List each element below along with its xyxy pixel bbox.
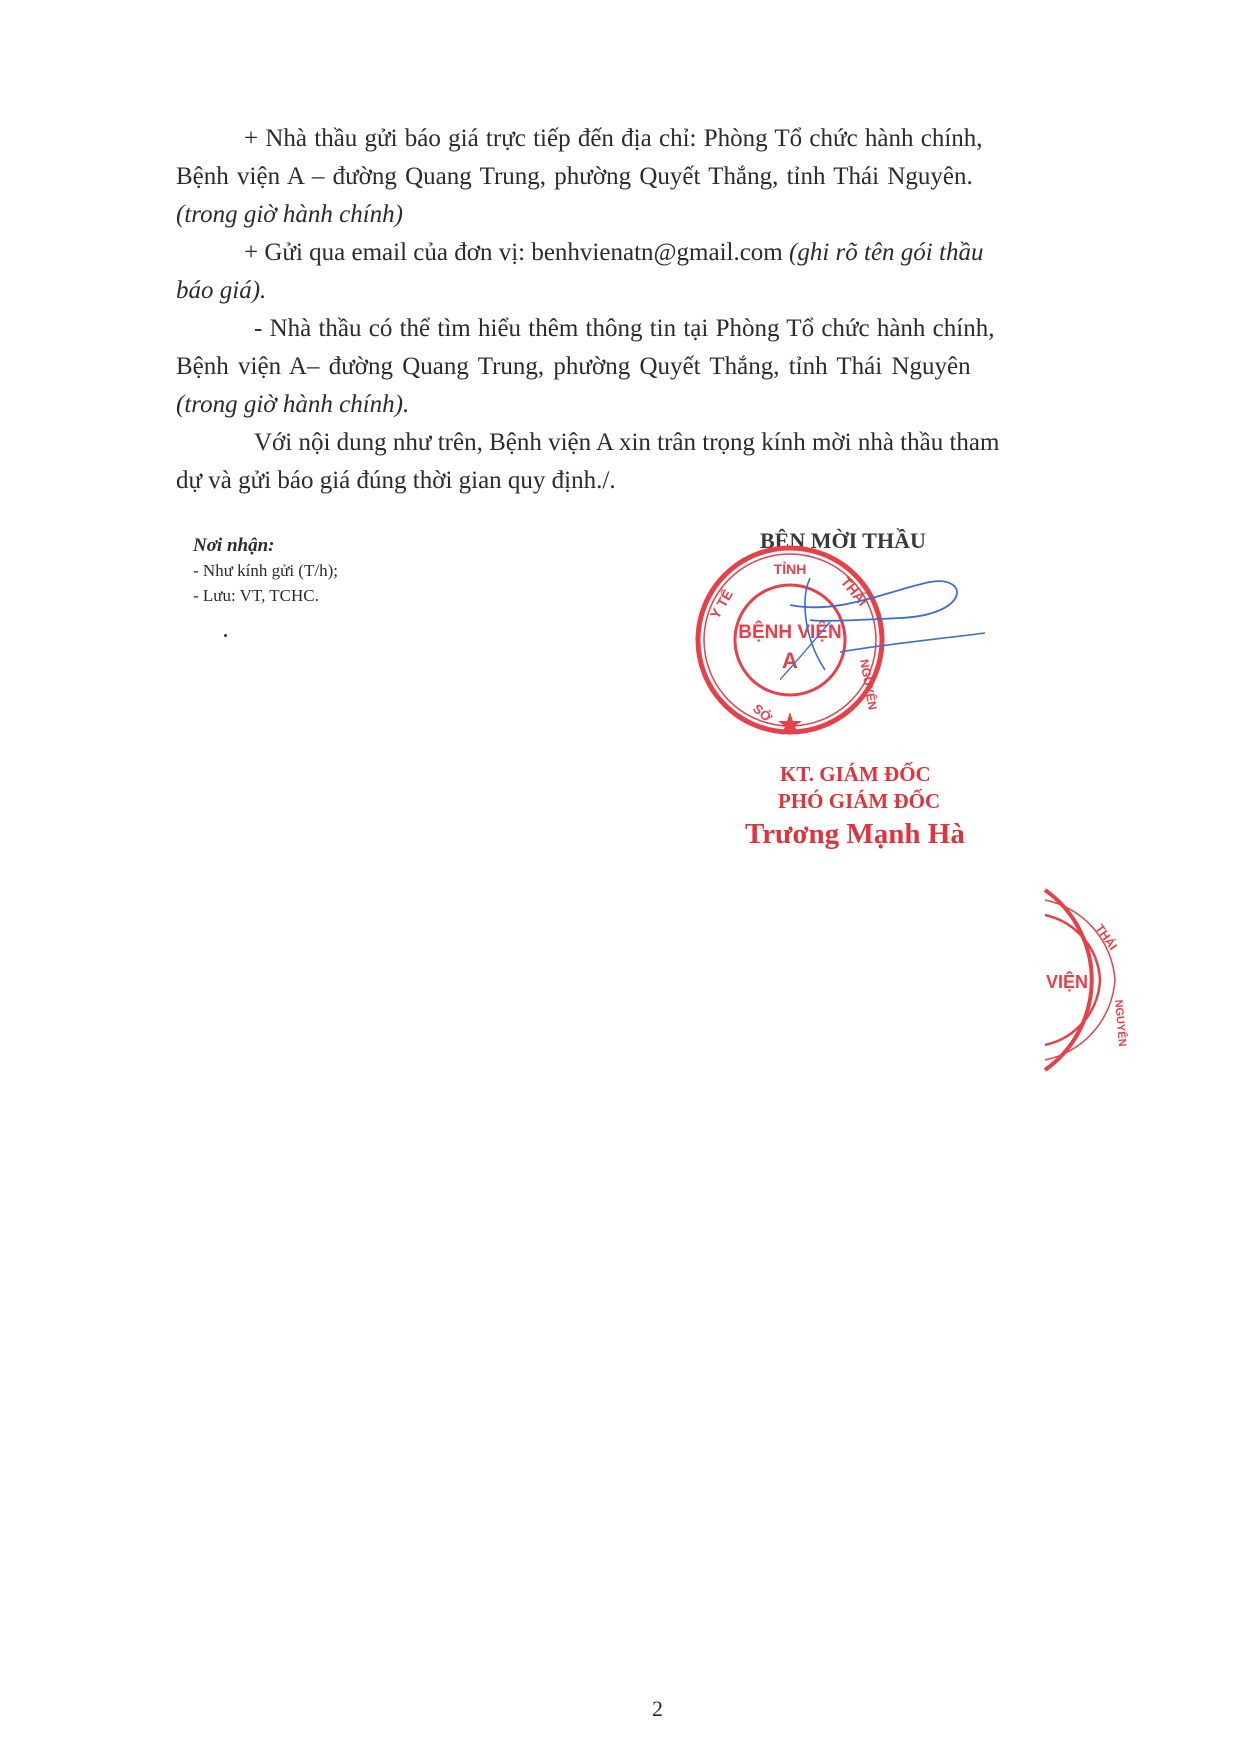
- body-line: Bệnh viện A – đường Quang Trung, phường …: [176, 164, 973, 189]
- body-line: - Nhà thầu có thể tìm hiểu thêm thông ti…: [254, 316, 994, 341]
- svg-text:THÁI: THÁI: [1093, 921, 1121, 953]
- recipient-item: - Lưu: VT, TCHC.: [193, 586, 319, 606]
- svg-text:NGUYÊN: NGUYÊN: [1112, 999, 1129, 1047]
- body-line-italic: (trong giờ hành chính): [176, 202, 403, 227]
- body-line-italic: (trong giờ hành chính).: [176, 392, 409, 417]
- stamp-bottom-text: SỞ: [750, 701, 775, 726]
- signature-role-1: KT. GIÁM ĐỐC: [780, 762, 931, 787]
- partial-stamp-text: VIỆN: [1046, 971, 1088, 992]
- body-line-italic: báo giá).: [176, 278, 266, 303]
- recipient-item: - Như kính gửi (T/h);: [193, 561, 338, 581]
- stray-mark: [224, 634, 227, 637]
- body-line: dự và gửi báo giá đúng thời gian quy địn…: [176, 468, 616, 493]
- signature-scribble-icon: [780, 560, 1000, 710]
- body-line: + Gửi qua email của đơn vị: benhvienatn@…: [244, 240, 983, 265]
- email-line-text: + Gửi qua email của đơn vị: benhvienatn@…: [244, 239, 789, 266]
- body-line: Với nội dung như trên, Bệnh viện A xin t…: [254, 430, 999, 455]
- signature-role-2: PHÓ GIÁM ĐỐC: [778, 789, 940, 814]
- signatory-name: Trương Mạnh Hà: [745, 818, 965, 851]
- body-line: Bệnh viện A– đường Quang Trung, phường Q…: [176, 354, 971, 379]
- partial-stamp-icon: VIỆN THÁI NGUYÊN: [1040, 880, 1150, 1080]
- email-line-note: (ghi rõ tên gói thầu: [789, 239, 983, 266]
- page-number: 2: [652, 1696, 663, 1722]
- body-line: + Nhà thầu gửi báo giá trực tiếp đến địa…: [244, 126, 983, 151]
- recipients-title: Nơi nhận:: [193, 535, 274, 557]
